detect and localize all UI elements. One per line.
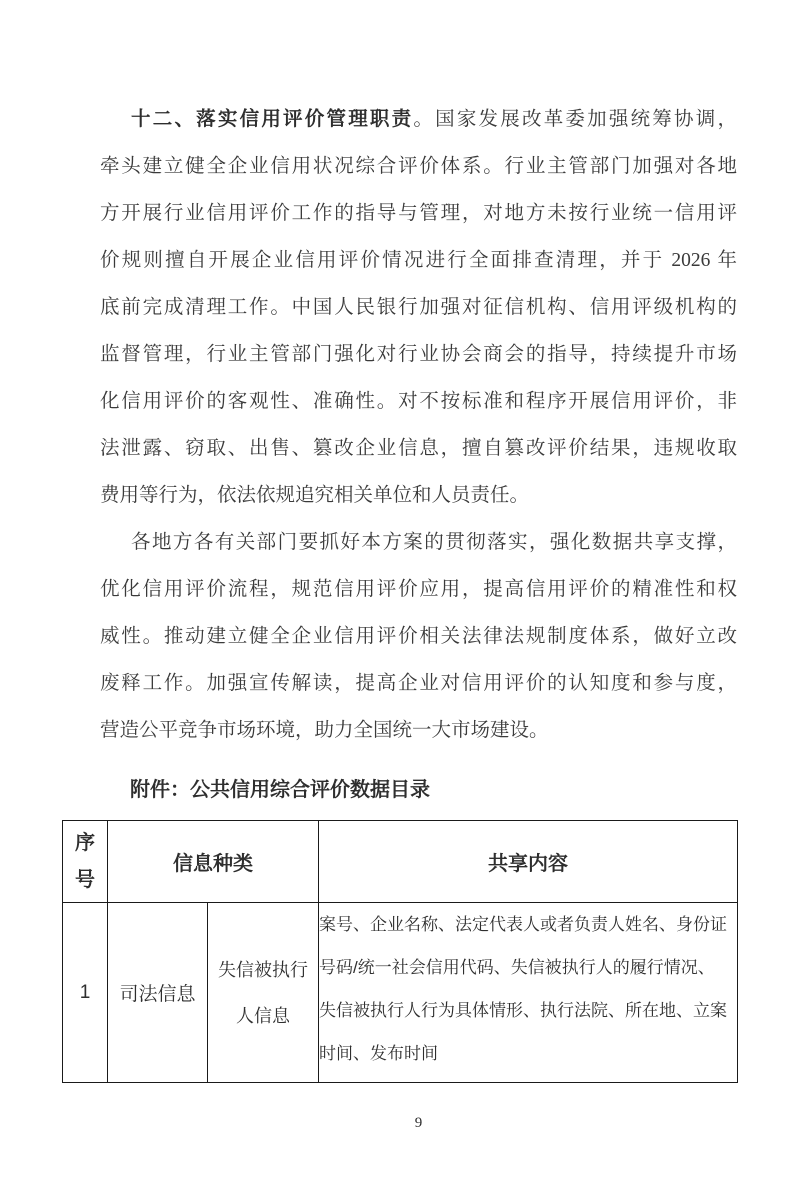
table-header-row: 序 号 信息种类 共享内容 (63, 821, 738, 903)
paragraph-1: 十二、落实信用评价管理职责。国家发展改革委加强统筹协调， 牵头建立健全企业信用状… (100, 96, 737, 519)
text-line: 废释工作。加强宣传解读，提高企业对信用评价的认知度和参与度， (100, 660, 737, 707)
paragraph-1-first-line-text: 。国家发展改革委加强统筹协调， (413, 109, 737, 130)
text-line: 牵头建立健全企业信用状况综合评价体系。行业主管部门加强对各地 (100, 143, 737, 190)
paragraph-1-lines: 牵头建立健全企业信用状况综合评价体系。行业主管部门加强对各地方开展行业信用评价工… (100, 143, 737, 519)
paragraph-2-first-line: 各地方各有关部门要抓好本方案的贯彻落实，强化数据共享支撑， (100, 519, 737, 566)
text-line: 营造公平竞争市场环境，助力全国统一大市场建设。 (100, 707, 737, 754)
document-page: 十二、落实信用评价管理职责。国家发展改革委加强统筹协调， 牵头建立健全企业信用状… (0, 0, 800, 1200)
page-number: 9 (100, 1113, 737, 1133)
text-line: 底前完成清理工作。中国人民银行加强对征信机构、信用评级机构的 (100, 284, 737, 331)
document-content: 十二、落实信用评价管理职责。国家发展改革委加强统筹协调， 牵头建立健全企业信用状… (0, 0, 800, 1133)
table-header-index: 序 号 (63, 821, 108, 903)
text-line: 案号、企业名称、法定代表人或者负责人姓名、身份证 (319, 903, 737, 946)
table-header-index-line1: 序 (63, 825, 107, 862)
table-cell-content: 案号、企业名称、法定代表人或者负责人姓名、身份证号码/统一社会信用代码、失信被执… (319, 903, 738, 1083)
text-line: 费用等行为，依法依规追究相关单位和人员责任。 (100, 472, 737, 519)
paragraph-2-lines: 优化信用评价流程，规范信用评价应用，提高信用评价的精准性和权威性。推动建立健全企… (100, 566, 737, 754)
text-line: 时间、发布时间 (319, 1032, 737, 1075)
table-row: 1 司法信息 失信被执行人信息 案号、企业名称、法定代表人或者负责人姓名、身份证… (63, 903, 738, 1083)
section-heading: 十二、落实信用评价管理职责 (131, 109, 413, 130)
text-line: 法泄露、窃取、出售、篡改企业信息，擅自篡改评价结果，违规收取 (100, 425, 737, 472)
data-catalog-table: 序 号 信息种类 共享内容 1 司法信息 失信被执行人信息 案号、企业名称、法定… (62, 820, 738, 1083)
paragraph-1-first-line: 十二、落实信用评价管理职责。国家发展改革委加强统筹协调， (100, 96, 737, 143)
text-line: 威性。推动建立健全企业信用评价相关法律法规制度体系，做好立改 (100, 613, 737, 660)
text-line: 化信用评价的客观性、准确性。对不按标准和程序开展信用评价，非 (100, 378, 737, 425)
table-cell-subcategory: 失信被执行人信息 (208, 903, 319, 1083)
table-header-content: 共享内容 (319, 821, 738, 903)
text-line: 失信被执行 (208, 947, 318, 993)
paragraph-2: 各地方各有关部门要抓好本方案的贯彻落实，强化数据共享支撑， 优化信用评价流程，规… (100, 519, 737, 754)
text-line: 号码/统一社会信用代码、失信被执行人的履行情况、 (319, 946, 737, 989)
text-line: 人信息 (208, 993, 318, 1039)
text-line: 优化信用评价流程，规范信用评价应用，提高信用评价的精准性和权 (100, 566, 737, 613)
text-line: 方开展行业信用评价工作的指导与管理，对地方未按行业统一信用评 (100, 190, 737, 237)
text-line: 失信被执行人行为具体情形、执行法院、所在地、立案 (319, 989, 737, 1032)
table-cell-category: 司法信息 (108, 903, 208, 1083)
attachment-title: 附件：公共信用综合评价数据目录 (100, 770, 737, 810)
table-header-index-line2: 号 (63, 862, 107, 899)
text-line: 监督管理，行业主管部门强化对行业协会商会的指导，持续提升市场 (100, 331, 737, 378)
text-line: 价规则擅自开展企业信用评价情况进行全面排查清理，并于 2026 年 (100, 237, 737, 284)
table-header-category: 信息种类 (108, 821, 319, 903)
table-cell-index: 1 (63, 903, 108, 1083)
